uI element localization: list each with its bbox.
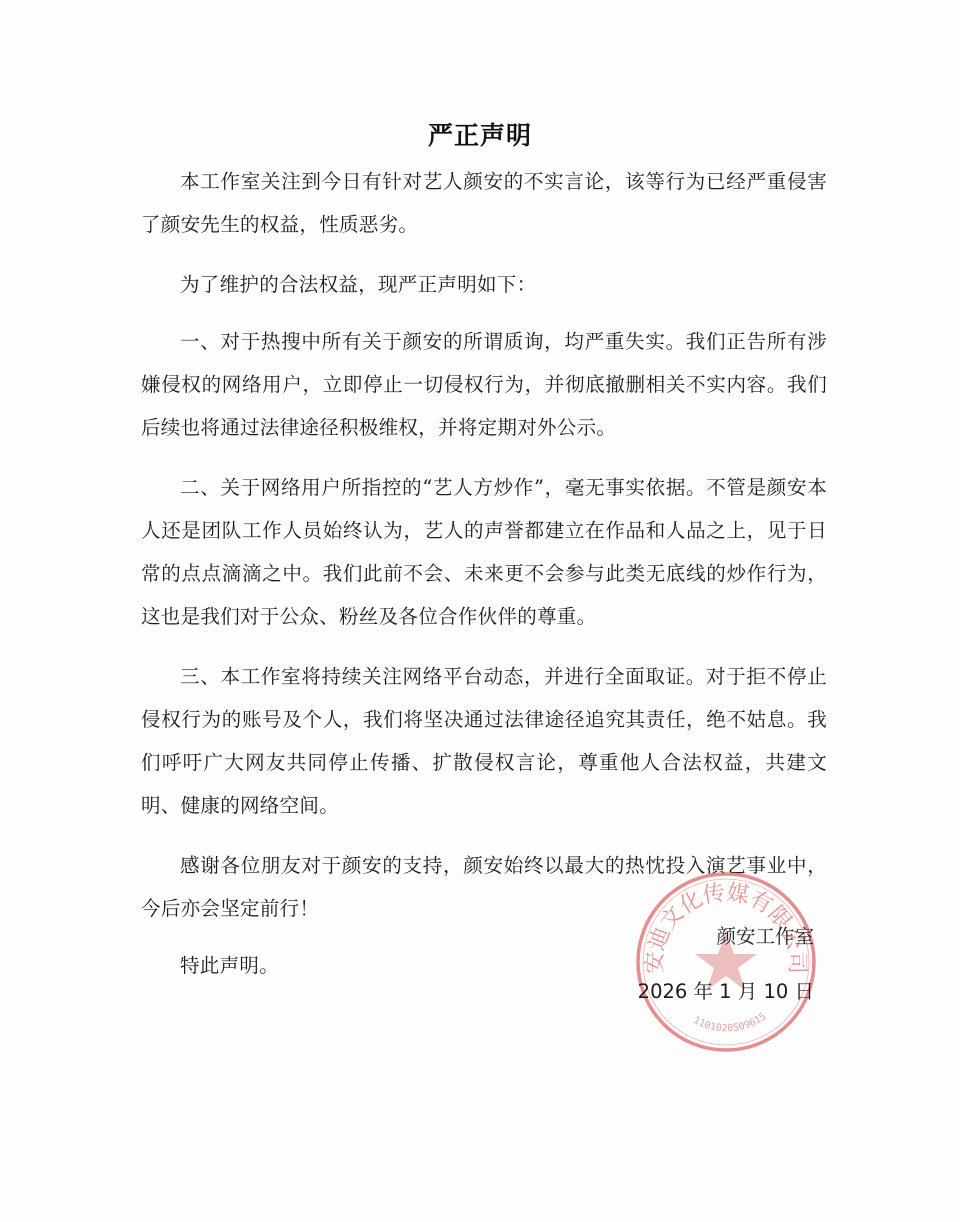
paragraph-point-1: 一、对于热搜中所有关于颜安的所谓质询，均严重失实。我们正告所有涉嫌侵权的网络用户… [141, 320, 827, 449]
signature-date: 2026 年 1 月 10 日 [638, 980, 814, 1004]
paragraph-point-2: 二、关于网络用户所指控的“艺人方炒作”，毫无事实依据。不管是颜安本人还是团队工作… [141, 466, 827, 638]
document-title: 严正声明 [0, 116, 960, 152]
seal-serial: 1101020509615 [691, 1011, 768, 1034]
statement-page: 严正声明 本工作室关注到今日有针对艺人颜安的不实言论，该等行为已经严重侵害了颜安… [0, 0, 960, 1222]
signature-block: 颜安工作室 2026 年 1 月 10 日 [638, 925, 814, 1004]
paragraph-point-3: 三、本工作室将持续关注网络平台动态，并进行全面取证。对于拒不停止侵权行为的账号及… [141, 655, 827, 827]
signatory-name: 颜安工作室 [638, 925, 814, 949]
paragraph-preamble: 为了维护的合法权益，现严正声明如下： [141, 263, 827, 306]
paragraph-intro: 本工作室关注到今日有针对艺人颜安的不实言论，该等行为已经严重侵害了颜安先生的权益… [141, 160, 827, 246]
